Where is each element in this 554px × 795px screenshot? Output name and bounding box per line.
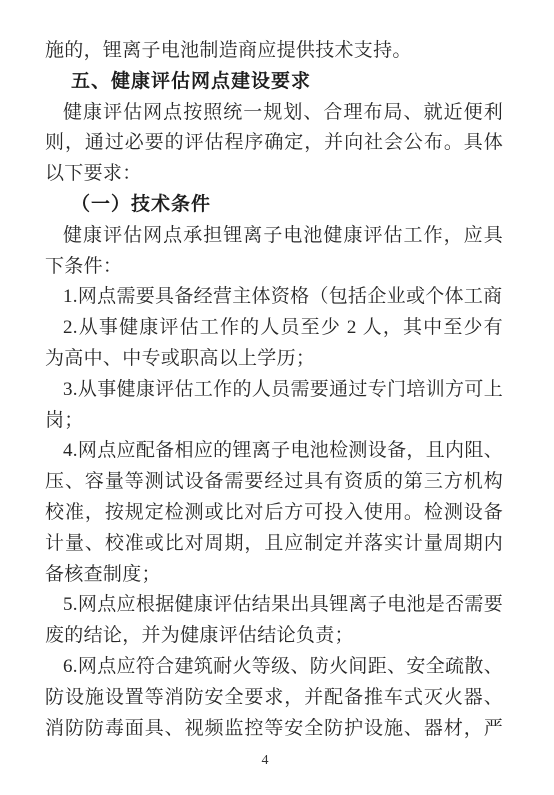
text-line: 校准，按规定检测或比对后方可投入使用。检测设备应明确 xyxy=(45,498,503,529)
body-text: 施的，锂离子电池制造商应提供技术支持。五、健康评估网点建设要求健康评估网点按照统… xyxy=(45,36,503,744)
text-line: 施的，锂离子电池制造商应提供技术支持。 xyxy=(45,36,503,67)
text-line: 则，通过必要的评估程序确定，并向社会公布。具体应满足 xyxy=(45,128,503,159)
text-line: 健康评估网点承担锂离子电池健康评估工作，应具备以 xyxy=(45,221,503,252)
section-heading: 五、健康评估网点建设要求 xyxy=(45,67,503,98)
text-line: 2.从事健康评估工作的人员至少 2 人，其中至少有一人 xyxy=(45,313,503,344)
text-line: 6.网点应符合建筑耐火等级、防火间距、安全疏散、消 xyxy=(45,652,503,683)
text-line: 为高中、中专或职高以上学历； xyxy=(45,344,503,375)
section-heading: （一）技术条件 xyxy=(45,190,503,221)
text-line: 废的结论，并为健康评估结论负责； xyxy=(45,621,503,652)
text-line: 消防防毒面具、视频监控等安全防护设施、器材，严禁违规 xyxy=(45,714,503,745)
text-line: 防设施设置等消防安全要求，并配备推车式灭火器、灭火毯、 xyxy=(45,683,503,714)
text-line: 3.从事健康评估工作的人员需要通过专门培训方可上 xyxy=(45,375,503,406)
text-line: 压、容量等测试设备需要经过具有资质的第三方机构计量、 xyxy=(45,467,503,498)
text-line: 计量、校准或比对周期，且应制定并落实计量周期内检测设 xyxy=(45,529,503,560)
text-line: 岗； xyxy=(45,406,503,437)
page-number: 4 xyxy=(0,753,530,769)
text-line: 备核查制度； xyxy=(45,560,503,591)
text-line: 下条件： xyxy=(45,252,503,283)
text-line: 4.网点应配备相应的锂离子电池检测设备，且内阻、电 xyxy=(45,436,503,467)
text-line: 5.网点应根据健康评估结果出具锂离子电池是否需要报 xyxy=(45,590,503,621)
text-line: 健康评估网点按照统一规划、合理布局、就近便利的原 xyxy=(45,98,503,129)
text-line: 以下要求： xyxy=(45,159,503,190)
text-line: 1.网点需要具备经营主体资格（包括企业或个体工商户）; xyxy=(45,282,503,313)
document-page: 施的，锂离子电池制造商应提供技术支持。五、健康评估网点建设要求健康评估网点按照统… xyxy=(0,0,554,795)
